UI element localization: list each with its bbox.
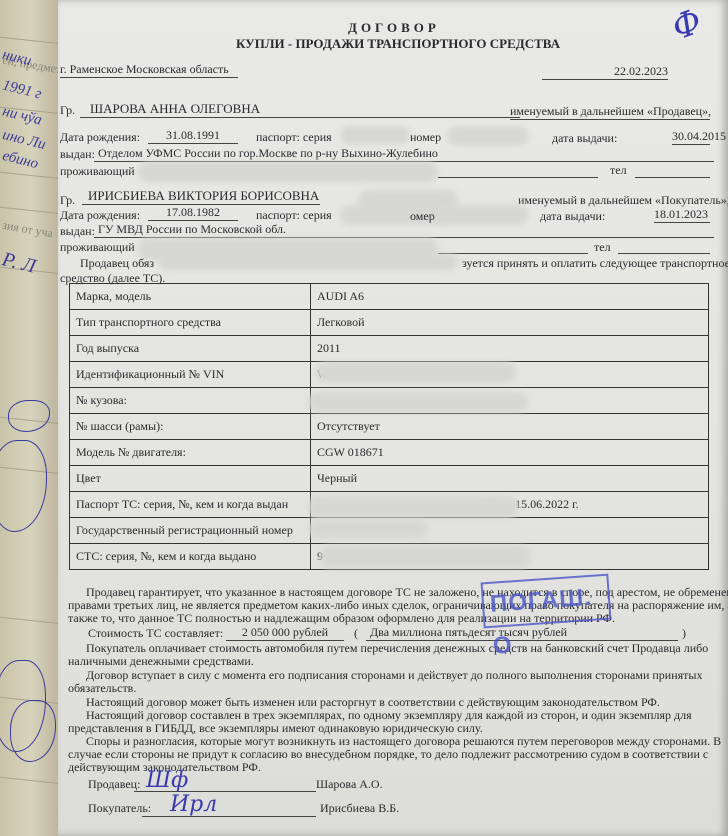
vehicle-field-value: 2011 <box>311 336 709 362</box>
guarantee-line-3: также то, что данное ТС полностью и надл… <box>68 612 708 626</box>
cancelled-stamp: ПОГАШ. О <box>481 574 612 629</box>
vehicle-field-label: СТС: серия, №, кем и когда выдано <box>70 544 311 570</box>
vehicle-field-label: Цвет <box>70 466 311 492</box>
vehicle-field-label: Марка, модель <box>70 284 311 310</box>
seller-signature-label: Продавец: <box>88 777 140 792</box>
document-title: ДОГОВОР <box>348 20 440 36</box>
seller-issued-by-label: выдан: <box>60 147 95 162</box>
seller-dob: 31.08.1991 <box>148 128 238 144</box>
redacted-body-number <box>308 392 528 412</box>
vehicle-field-value: Черный <box>311 466 709 492</box>
price-label: Стоимость ТС составляет: <box>88 626 223 641</box>
buyer-signature-label: Покупатель: <box>88 801 151 816</box>
table-row: ЦветЧерный <box>70 466 709 492</box>
seller-signature-name: Шарова А.О. <box>316 777 383 792</box>
seller-phone-line <box>635 176 710 178</box>
price-paren-open: ( <box>354 626 358 641</box>
redacted-passport-series <box>340 126 410 144</box>
vehicle-field-label: Тип транспортного средства <box>70 310 311 336</box>
seller-role: именуемый в дальнейшем «Продавец», <box>510 104 710 120</box>
buyer-issue-date: 18.01.2023 <box>654 207 710 223</box>
contract-place: г. Раменское Московская область <box>60 62 238 78</box>
table-row: Год выпуска2011 <box>70 336 709 362</box>
contract-date: 22.02.2023 <box>542 64 668 80</box>
buyer-residing-label: проживающий <box>60 240 135 255</box>
seller-name: ШАРОВА АННА ОЛЕГОВНА <box>80 101 520 118</box>
vehicle-field-value: Отсутствует <box>311 414 709 440</box>
price-value: 2 050 000 рублей <box>226 625 344 641</box>
effect-line-2: обязательств. <box>68 682 708 696</box>
payment-line-2: наличными денежными средствами. <box>68 655 708 669</box>
redacted-obligation <box>158 254 458 270</box>
price-paren-close: ) <box>682 626 686 641</box>
seller-number-label: номер <box>410 130 441 145</box>
buyer-signature-name: Ирисбиева В.Б. <box>320 801 399 816</box>
seller-prefix: Гр. <box>60 103 75 118</box>
seller-address-line <box>438 176 598 178</box>
seller-issue-date-label: дата выдачи: <box>552 131 617 146</box>
seller-residing-label: проживающий <box>60 164 135 179</box>
vehicle-field-label: № кузова: <box>70 388 311 414</box>
obligation-text-right: зуется принять и оплатить следующее тран… <box>462 256 728 271</box>
binding-print-text: зия от уча <box>1 218 54 242</box>
seller-signature: Шф <box>146 768 188 793</box>
vehicle-field-value: CGW 018671 <box>311 440 709 466</box>
vehicle-field-label: Государственный регистрационный номер <box>70 518 311 544</box>
buyer-address-line <box>438 252 588 254</box>
table-row: Марка, модельAUDI A6 <box>70 284 709 310</box>
binding-signature <box>0 440 47 532</box>
buyer-dob-label: Дата рождения: <box>60 208 140 223</box>
buyer-phone-label: тел <box>594 240 611 255</box>
redacted-pts <box>308 496 518 518</box>
vehicle-field-label: № шасси (рамы): <box>70 414 311 440</box>
buyer-signature-line <box>142 815 316 817</box>
contract-page: Ф ДОГОВОР КУПЛИ - ПРОДАЖИ ТРАНСПОРТНОГО … <box>58 0 728 836</box>
redacted-seller-address <box>138 162 438 182</box>
effect-line-1: Договор вступает в силу с момента его по… <box>68 669 726 683</box>
buyer-passport-label: паспорт: серия <box>256 208 332 223</box>
buyer-prefix: Гр. <box>60 193 75 208</box>
seller-passport-label: паспорт: серия <box>256 130 332 145</box>
binding-handwriting: 1991 г <box>1 77 44 103</box>
buyer-issued-by-label: выдан: <box>60 224 95 239</box>
buyer-dob: 17.08.1982 <box>148 205 238 221</box>
document-subtitle: КУПЛИ - ПРОДАЖИ ТРАНСПОРТНОГО СРЕДСТВА <box>236 36 560 52</box>
buyer-name: ИРИСБИЕВА ВИКТОРИЯ БОРИСОВНА <box>82 188 320 205</box>
buyer-issued-by: ГУ МВД России по Московской обл. <box>94 222 714 238</box>
seller-issue-date: 30.04.2015 <box>672 129 710 145</box>
seller-dob-label: Дата рождения: <box>60 130 140 145</box>
redacted-vin <box>316 362 516 382</box>
buyer-signature: Ирл <box>170 792 217 817</box>
table-row: Модель № двигателя:CGW 018671 <box>70 440 709 466</box>
binding-handwriting: Р. Л <box>0 248 38 278</box>
vehicle-field-label: Паспорт ТС: серия, №, кем и когда выдан <box>70 492 311 518</box>
binding-signature <box>8 400 50 432</box>
table-row: Тип транспортного средстваЛегковой <box>70 310 709 336</box>
table-row: № шасси (рамы):Отсутствует <box>70 414 709 440</box>
buyer-role: именуемый в дальнейшем «Покупатель», <box>518 193 728 208</box>
redacted-plate <box>308 520 428 538</box>
vehicle-field-value: AUDI A6 <box>311 284 709 310</box>
price-in-words: Два миллиона пятьдесят тысяч рублей <box>366 625 678 641</box>
corner-signature: Ф <box>667 1 707 48</box>
binding-handwriting: ни чўа <box>1 103 44 129</box>
binding-signature <box>10 700 56 762</box>
seller-issued-by: Отделом УФМС России по гор.Москве по р-н… <box>94 146 714 162</box>
seller-phone-label: тел <box>610 163 627 178</box>
buyer-phone-line <box>618 252 710 254</box>
obligation-text-left: Продавец обяз <box>80 256 154 271</box>
vehicle-field-value: Легковой <box>311 310 709 336</box>
vehicle-field-label: Идентификационный № VIN <box>70 362 311 388</box>
book-binding: ей, предмета ники 1991 г ни чўа ино Ли е… <box>0 0 62 836</box>
vehicle-field-label: Год выпуска <box>70 336 311 362</box>
redacted-sts <box>320 546 530 568</box>
vehicle-field-label: Модель № двигателя: <box>70 440 311 466</box>
redacted-passport-number <box>448 126 528 146</box>
